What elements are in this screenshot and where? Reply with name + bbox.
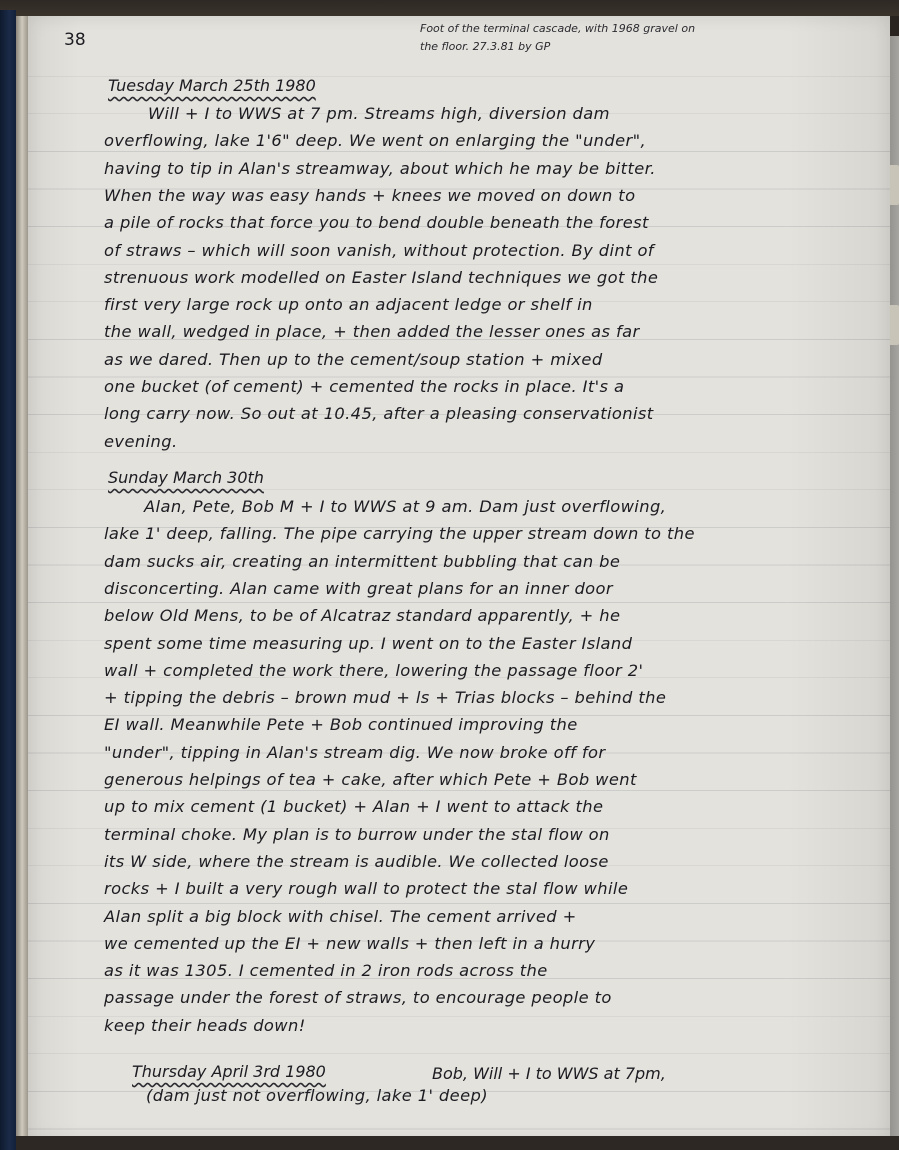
handwritten-line: evening.: [104, 432, 178, 451]
handwritten-line: keep their heads down!: [104, 1016, 306, 1035]
handwritten-line: (dam just not overflowing, lake 1' deep): [146, 1086, 488, 1105]
handwritten-line: rocks + I built a very rough wall to pro…: [104, 879, 628, 898]
handwritten-line: its W side, where the stream is audible.…: [104, 852, 609, 871]
handwritten-line: overflowing, lake 1'6" deep. We went on …: [104, 131, 646, 150]
photo-caption-line: the floor. 27.3.81 by GP: [420, 40, 550, 53]
photo-backdrop: [0, 0, 899, 16]
handwritten-line: of straws – which will soon vanish, with…: [104, 241, 654, 260]
tape-strip: [889, 305, 899, 345]
handwritten-line: spent some time measuring up. I went on …: [104, 634, 632, 653]
handwritten-line: Will + I to WWS at 7 pm. Streams high, d…: [148, 104, 610, 123]
handwritten-line: disconcerting. Alan came with great plan…: [104, 579, 613, 598]
handwritten-line: terminal choke. My plan is to burrow und…: [104, 825, 610, 844]
handwritten-line: Alan split a big block with chisel. The …: [104, 907, 577, 926]
handwritten-line: generous helpings of tea + cake, after w…: [104, 770, 637, 789]
entry-heading: Tuesday March 25th 1980: [108, 76, 316, 95]
handwritten-line: EI wall. Meanwhile Pete + Bob continued …: [104, 715, 578, 734]
handwritten-line: Alan, Pete, Bob M + I to WWS at 9 am. Da…: [144, 497, 666, 516]
entry-heading: Sunday March 30th: [108, 468, 264, 487]
handwritten-line: strenuous work modelled on Easter Island…: [104, 268, 658, 287]
handwritten-line: a pile of rocks that force you to bend d…: [104, 213, 649, 232]
handwritten-line: the wall, wedged in place, + then added …: [104, 322, 640, 341]
handwritten-line: wall + completed the work there, lowerin…: [104, 661, 643, 680]
handwritten-line: lake 1' deep, falling. The pipe carrying…: [104, 524, 695, 543]
handwritten-line: passage under the forest of straws, to e…: [104, 988, 612, 1007]
handwritten-line: "under", tipping in Alan's stream dig. W…: [104, 743, 605, 762]
handwritten-line: one bucket (of cement) + cemented the ro…: [104, 377, 624, 396]
page-bottom-shadow: [16, 1136, 899, 1150]
page-edge: [16, 16, 28, 1136]
handwritten-line: as we dared. Then up to the cement/soup …: [104, 350, 603, 369]
page-number: 38: [64, 30, 86, 50]
tape-strip: [889, 165, 899, 205]
handwritten-line: first very large rock up onto an adjacen…: [104, 295, 593, 314]
handwritten-line: When the way was easy hands + knees we m…: [104, 186, 635, 205]
handwritten-line: dam sucks air, creating an intermittent …: [104, 552, 620, 571]
handwritten-line: having to tip in Alan's streamway, about…: [104, 159, 656, 178]
handwritten-line: below Old Mens, to be of Alcatraz standa…: [104, 606, 620, 625]
photo-caption-line: Foot of the terminal cascade, with 1968 …: [420, 22, 695, 35]
notebook-binding: [0, 10, 16, 1150]
entry-heading: Thursday April 3rd 1980: [132, 1062, 326, 1081]
handwritten-line: up to mix cement (1 bucket) + Alan + I w…: [104, 797, 603, 816]
entry-heading-suffix: Bob, Will + I to WWS at 7pm,: [432, 1064, 666, 1083]
handwritten-line: + tipping the debris – brown mud + ls + …: [104, 688, 666, 707]
handwritten-line: long carry now. So out at 10.45, after a…: [104, 404, 654, 423]
handwritten-line: as it was 1305. I cemented in 2 iron rod…: [104, 961, 548, 980]
handwritten-line: we cemented up the EI + new walls + then…: [104, 934, 595, 953]
